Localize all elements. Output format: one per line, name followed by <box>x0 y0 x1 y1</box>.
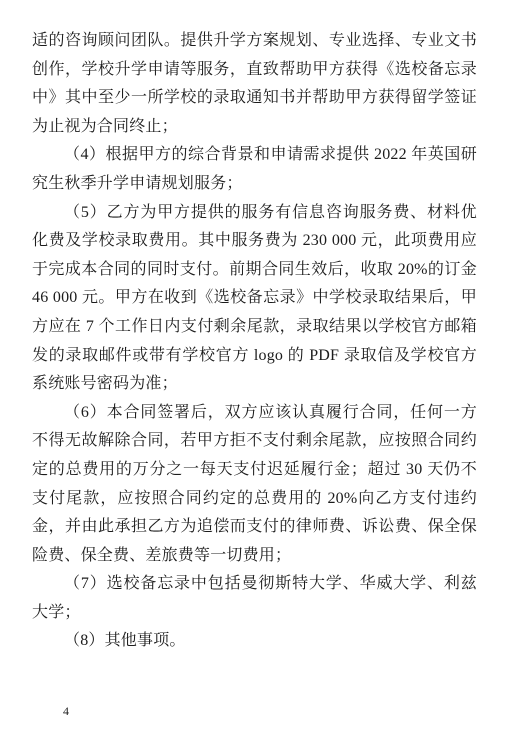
page-number: 4 <box>63 703 69 719</box>
page-body-text: 适的咨询顾问团队。提供升学方案规划、专业选择、专业文书创作，学校升学申请等服务，… <box>32 27 477 656</box>
paragraph-clause-5: （5）乙方为甲方提供的服务有信息咨询服务费、材料优化费及学校录取费用。其中服务费… <box>32 199 477 399</box>
paragraph-clause-7: （7）选校备忘录中包括曼彻斯特大学、华威大学、利兹大学； <box>32 570 477 627</box>
document-page: 适的咨询顾问团队。提供升学方案规划、专业选择、专业文书创作，学校升学申请等服务，… <box>0 0 507 738</box>
paragraph-continuation: 适的咨询顾问团队。提供升学方案规划、专业选择、专业文书创作，学校升学申请等服务，… <box>32 27 477 141</box>
paragraph-clause-6: （6）本合同签署后，双方应该认真履行合同，任何一方不得无故解除合同，若甲方拒不支… <box>32 399 477 571</box>
paragraph-clause-8: （8）其他事项。 <box>32 627 477 656</box>
paragraph-clause-4: （4）根据甲方的综合背景和申请需求提供 2022 年英国研究生秋季升学申请规划服… <box>32 141 477 198</box>
